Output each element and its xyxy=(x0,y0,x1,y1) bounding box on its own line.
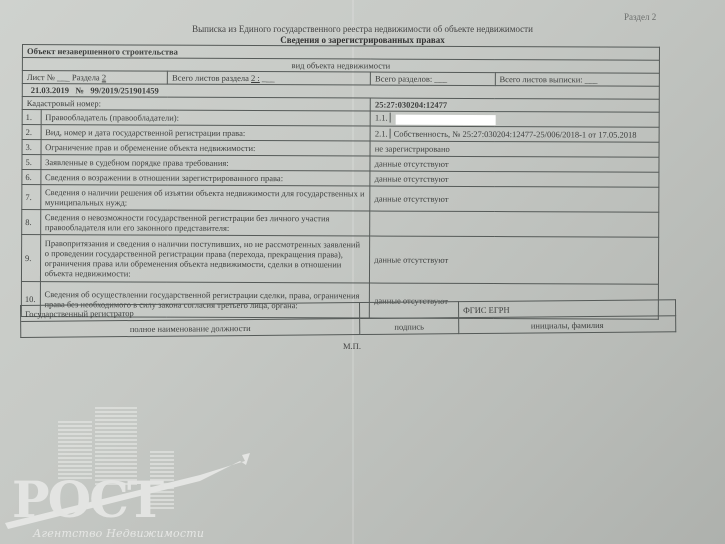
logo-tagline: Агентство Недвижимости xyxy=(33,527,204,540)
total-sheets-section-cell: Всего листов раздела 2 : ___ xyxy=(168,71,371,85)
brand-text: РОСТ xyxy=(12,470,164,529)
row-number: 5. xyxy=(22,155,41,170)
row-number: 2. xyxy=(22,125,41,140)
row-number: 9. xyxy=(21,235,40,282)
table-row: 7.Сведения о наличии решения об изъятии … xyxy=(22,185,659,213)
redacted-owner xyxy=(396,114,496,124)
name-caption: инициалы, фамилия xyxy=(459,316,676,334)
section-value: 2 xyxy=(102,72,106,82)
row-value-text: не зарегистрировано xyxy=(375,144,450,154)
row-value: не зарегистрировано xyxy=(370,141,659,157)
extract-date: 21.03.2019 xyxy=(31,85,69,95)
row-label: Сведения о наличии решения об изъятии об… xyxy=(40,185,370,211)
row-label: Правообладатель (правообладатели): xyxy=(41,110,371,126)
total-sheets-extract-cell: Всего листов выписки: ___ xyxy=(495,73,659,87)
row-value: 2.1.Собственность, № 25:27:030204:12477-… xyxy=(370,126,659,142)
row-number: 3. xyxy=(22,140,41,155)
rights-table: Объект незавершенного строительства вид … xyxy=(21,44,660,320)
row-label: Заявленные в судебном порядке права треб… xyxy=(41,155,371,171)
row-value-text: Собственность, № 25:27:030204:12477-25/0… xyxy=(394,129,637,140)
table-row: 9.Правопритязания и сведения о наличии п… xyxy=(21,235,658,285)
extract-number: 99/2019/251901459 xyxy=(90,85,159,95)
row-label: Правопритязания и сведения о наличии пос… xyxy=(40,235,370,283)
sheet-no-cell: Лист № ___ Раздела 2 xyxy=(22,71,167,85)
row-number: 7. xyxy=(22,185,41,210)
table-row: 8.Сведения о невозможности государственн… xyxy=(22,210,659,238)
cadastral-number: 25:27:030204:12477 xyxy=(370,98,659,112)
document-title: Выписка из Единого государственного реес… xyxy=(0,24,725,34)
stamp-placeholder: М.П. xyxy=(343,341,361,351)
system-name: ФГИС ЕГРН xyxy=(458,300,675,318)
row-value-text: данные отсутствуют xyxy=(375,174,449,184)
row-label: Ограничение прав и обременение объекта н… xyxy=(41,140,371,156)
rost-logo-watermark: РОСТ xyxy=(0,395,300,544)
total-sections-cell: Всего разделов: ___ xyxy=(371,72,495,86)
row-value-text: данные отсутствуют xyxy=(375,159,449,169)
row-label: Сведения о невозможности государственной… xyxy=(40,210,370,236)
row-label: Сведения о возражении в отношении зареги… xyxy=(41,170,371,186)
row-value: данные отсутствуют xyxy=(370,186,659,212)
signature-blank xyxy=(359,302,458,319)
row-value xyxy=(370,211,659,237)
page-label: Раздел 2 xyxy=(624,12,656,22)
signature-caption: подпись xyxy=(360,318,459,335)
row-number: 8. xyxy=(22,210,41,235)
signature-table: Государственный регистратор ФГИС ЕГРН по… xyxy=(20,299,676,338)
row-subnumber: 1.1. xyxy=(375,113,391,123)
position-caption: полное наименование должности xyxy=(21,319,360,338)
row-label: Вид, номер и дата государственной регист… xyxy=(41,125,371,141)
row-number: 1. xyxy=(22,110,41,125)
row-value: данные отсутствуют xyxy=(370,171,659,187)
row-number: 6. xyxy=(22,170,41,185)
row-value: 1.1. xyxy=(370,111,659,127)
row-value: данные отсутствуют xyxy=(370,156,659,172)
row-value-text: данные отсутствуют xyxy=(375,194,449,204)
row-value: данные отсутствуют xyxy=(370,236,659,284)
row-subnumber: 2.1. xyxy=(375,129,391,139)
row-value-text: данные отсутствуют xyxy=(374,255,448,265)
